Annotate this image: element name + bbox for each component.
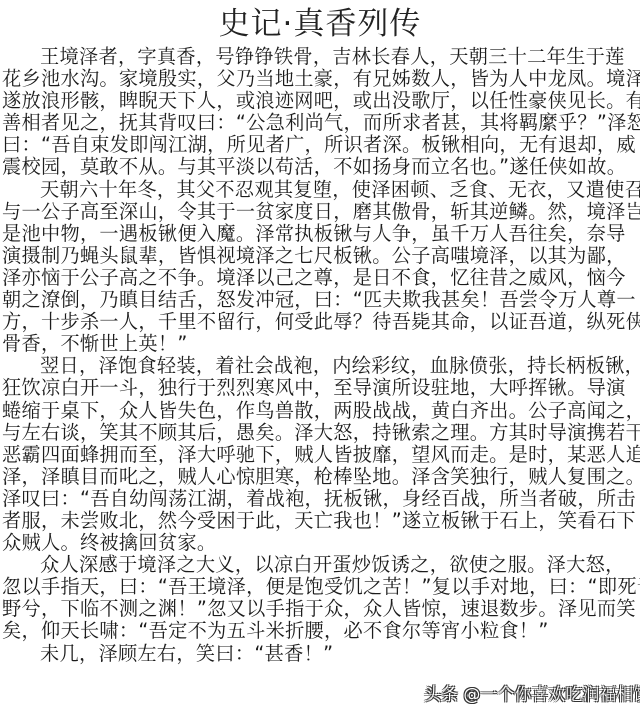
text-line: 忽以手指天，曰：“吾王境泽，便是饱受饥之苦！”复以手对地，曰：“即死于 — [2, 576, 638, 598]
text-line: 野兮，下临不测之渊！”忽又以手指于众，众人皆惊，速退数步。泽见而笑 — [2, 598, 638, 620]
text-line: 善相者见之，抚其背叹曰：“公急利尚气，而所求者甚，其将羁縻乎？”泽怒 — [2, 112, 638, 134]
text-line: 与左右谈，笑其不顾其后，愚矣。泽大怒，持锹索之理。方其时导演携若干 — [2, 422, 638, 444]
text-line: 未几，泽顾左右，笑曰：“甚香！” — [2, 643, 638, 665]
watermark: 头条 @一个你喜欢吃润福相馒 — [424, 680, 640, 705]
text-line: 矣，仰天长啸：“吾定不为五斗米折腰，必不食尔等宵小粒食！” — [2, 620, 638, 642]
text-line: 者服，未尝败北，然今受困于此，天亡我也！”遂立板锹于石上，笑看石下 — [2, 510, 638, 532]
text-line: 骨香，不惭世上英！” — [2, 333, 638, 355]
text-line: 恶霸四面蜂拥而至，泽大呼驰下，贼人皆披靡，望风而走。是时，某恶人追 — [2, 444, 638, 466]
text-line: 王境泽者，字真香，号铮铮铁骨，吉林长春人，天朝三十二年生于莲 — [2, 46, 638, 68]
document-body: 王境泽者，字真香，号铮铮铁骨，吉林长春人，天朝三十二年生于莲花乡池水沟。家境殷实… — [2, 46, 638, 665]
text-line: 遂放浪形骸，睥睨天下人，或浪迹网吧，或出没歌厅，以任性豪侠见长。有 — [2, 90, 638, 112]
text-line: 泽叹曰：“吾自幼闯荡江湖，着战袍，抚板锹，身经百战，所当者破，所击 — [2, 488, 638, 510]
text-line: 蜷缩于桌下，众人皆失色，作鸟兽散，两股战战，黄白齐出。公子高闻之， — [2, 400, 638, 422]
text-line: 泽，泽瞋目而叱之，贼人心惊胆寒，枪棒坠地。泽含笑独行，贼人复围之。 — [2, 466, 638, 488]
text-line: 演摄制乃蝇头鼠辈，皆惧视境泽之七尺板锹。公子高嗤境泽，以其为鄙， — [2, 245, 638, 267]
text-line: 天朝六十年冬，其父不忍观其复堕，使泽困顿、乏食、无衣，又遣使召 — [2, 179, 638, 201]
text-line: 花乡池水沟。家境殷实，父乃当地土豪，有兄姊数人，皆为人中龙凤。境泽 — [2, 68, 638, 90]
text-line: 震校园，莫敢不从。与其平淡以苟活，不如扬身而立名也。”遂任侠如故。 — [2, 156, 638, 178]
text-line: 与一公子高至深山，令其于一贫家度日，磨其傲骨，斩其逆鳞。然，境泽岂 — [2, 201, 638, 223]
text-line: 方，十步杀一人，千里不留行，何受此辱？待吾毙其命，以证吾道，纵死侠 — [2, 311, 638, 333]
text-line: 翌日，泽饱食轻装，着社会战袍，内绘彩纹，血脉偾张，持长柄板锹， — [2, 355, 638, 377]
text-line: 众人深感于境泽之大义，以凉白开蛋炒饭诱之，欲使之服。泽大怒， — [2, 554, 638, 576]
text-line: 曰：“吾自束发即闯江湖，所见者广，所识者深。板锹相向，无有退却，威 — [2, 134, 638, 156]
text-line: 众贼人。终被擒回贫家。 — [2, 532, 638, 554]
text-line: 朝之潦倒，乃瞋目结舌，怒发冲冠，曰：“匹夫欺我甚矣！吾尝令万人尊一 — [2, 289, 638, 311]
text-line: 泽亦恼于公子高之不争。境泽以己之尊，是日不食，忆往昔之威风，恼今 — [2, 267, 638, 289]
document-title: 史记·真香列传 — [0, 4, 640, 44]
document-page: 史记·真香列传 王境泽者，字真香，号铮铮铁骨，吉林长春人，天朝三十二年生于莲花乡… — [0, 0, 640, 714]
text-line: 狂饮凉白开一斗，独行于烈烈寒风中，至导演所设驻地，大呼挥锹。导演 — [2, 377, 638, 399]
text-line: 是池中物，一遇板锹便入魔。泽常执板锹与人争，虽千万人吾往矣，奈导 — [2, 223, 638, 245]
